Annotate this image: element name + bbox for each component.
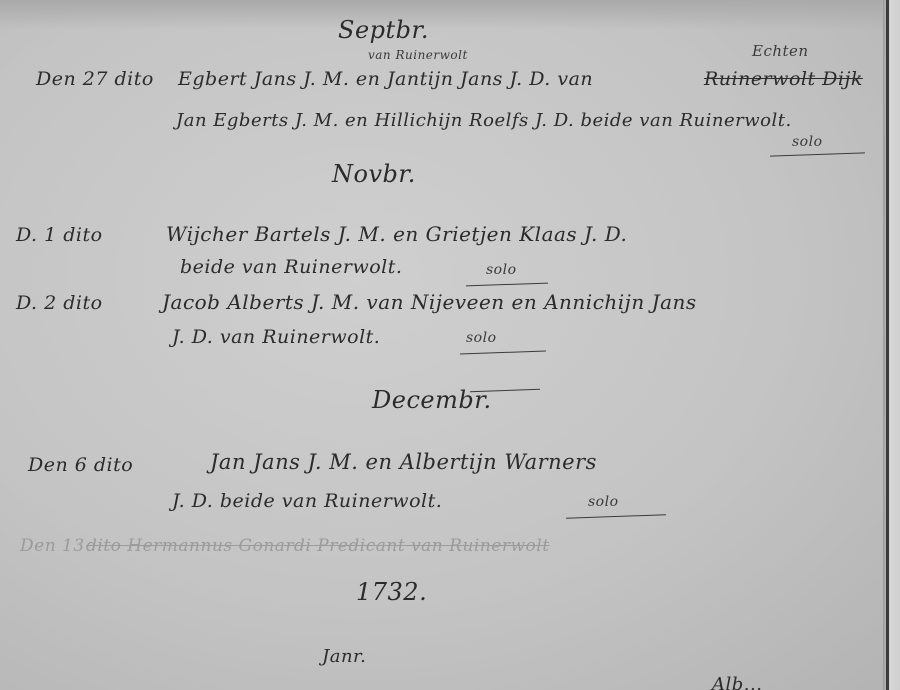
struck-text: Ruinerwolt Dijk	[704, 68, 863, 90]
entry-line: Jacob Alberts J. M. van Nijeveen en Anni…	[162, 290, 697, 314]
entry-note: solo	[588, 494, 619, 510]
underline	[566, 514, 666, 518]
underline	[460, 350, 546, 354]
entry-line: J. D. beide van Ruinerwolt.	[172, 490, 442, 512]
entry-line: Jan Jans J. M. en Albertijn Warners	[210, 450, 597, 474]
entry-note: solo	[466, 330, 497, 346]
year-heading: 1732.	[356, 578, 427, 606]
entry-note: solo	[792, 134, 823, 150]
month-heading-january: Janr.	[322, 646, 366, 667]
entry-line: Egbert Jans J. M. en Jantijn Jans J. D. …	[178, 68, 593, 90]
entry-line: J. D. van Ruinerwolt.	[172, 326, 380, 348]
margin-rule	[886, 0, 889, 690]
page-top-shadow	[0, 0, 900, 30]
underline	[466, 283, 548, 287]
entry-date: Den 27 dito	[36, 68, 154, 90]
struck-entry: dito Hermannus Gonardi Predicant van Rui…	[86, 536, 550, 556]
month-heading-september: Septbr.	[338, 16, 429, 44]
entry-date: D. 2 dito	[16, 292, 103, 314]
entry-date: Den 13	[20, 536, 85, 556]
entry-line: beide van Ruinerwolt.	[180, 256, 402, 278]
entry-line: Wijcher Bartels J. M. en Grietjen Klaas …	[166, 222, 627, 246]
register-page: Septbr. van Ruinerwolt Echten Den 27 dit…	[0, 0, 900, 690]
entry-date: D. 1 dito	[16, 224, 103, 246]
month-heading-november: Novbr.	[332, 160, 416, 188]
correction-above: Echten	[752, 42, 809, 60]
entry-date: Den 6 dito	[28, 454, 133, 476]
insertion-above: van Ruinerwolt	[368, 48, 468, 62]
underline	[770, 152, 865, 156]
entry-note: solo	[486, 262, 517, 278]
cutoff-text: Alb...	[712, 674, 762, 690]
entry-line: Jan Egberts J. M. en Hillichijn Roelfs J…	[176, 110, 792, 131]
